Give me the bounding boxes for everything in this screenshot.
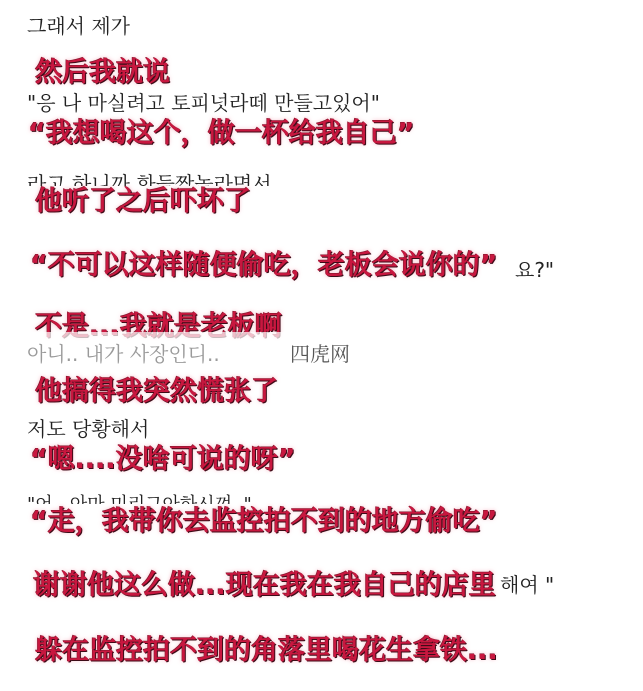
korean-line-1: 그래서 제가 (27, 14, 130, 38)
subtitle-7: “嗯....没啥可说的呀” (30, 445, 296, 475)
korean-line-7: "어.. 아마 미리그아하시껴.." (27, 493, 317, 504)
korean-line-3: 라고 하니까 화들짝놀라면서 (27, 172, 327, 186)
korean-line-6: 저도 당황해서 (27, 417, 149, 441)
subtitle-9: 谢谢他这么做...现在我在我自己的店里 (33, 571, 496, 601)
subtitle-8: “走，我带你去监控拍不到的地方偷吃” (30, 507, 498, 537)
subtitle-10: 躲在监控拍不到的角落里喝花生拿铁... (35, 636, 498, 666)
subtitle-1: 然后我就说 (35, 58, 170, 88)
korean-line-8-suffix: 해여 " (500, 573, 554, 597)
subtitle-3: 他听了之后吓坏了 (35, 187, 251, 217)
subtitle-4: “不可以这样随便偷吃，老板会说你的” (30, 251, 498, 281)
subtitle-2: “我想喝这个，做一杯给我自己” (28, 119, 415, 149)
korean-line-4-suffix: 요?" (515, 258, 554, 282)
korean-line-5-faded: 아니.. 내가 사장인디.. (27, 342, 220, 366)
subtitle-6: 他搞得我突然慌张了 (35, 377, 278, 407)
korean-line-3-cropped: 라고 하니까 화들짝놀라면서 (27, 172, 327, 186)
watermark-text: 四虎网 (290, 342, 350, 366)
korean-line-7-cropped: "어.. 아마 미리그아하시껴.." (27, 493, 317, 504)
korean-line-2: "응 나 마실려고 토피넛라떼 만들고있어" (27, 91, 380, 115)
